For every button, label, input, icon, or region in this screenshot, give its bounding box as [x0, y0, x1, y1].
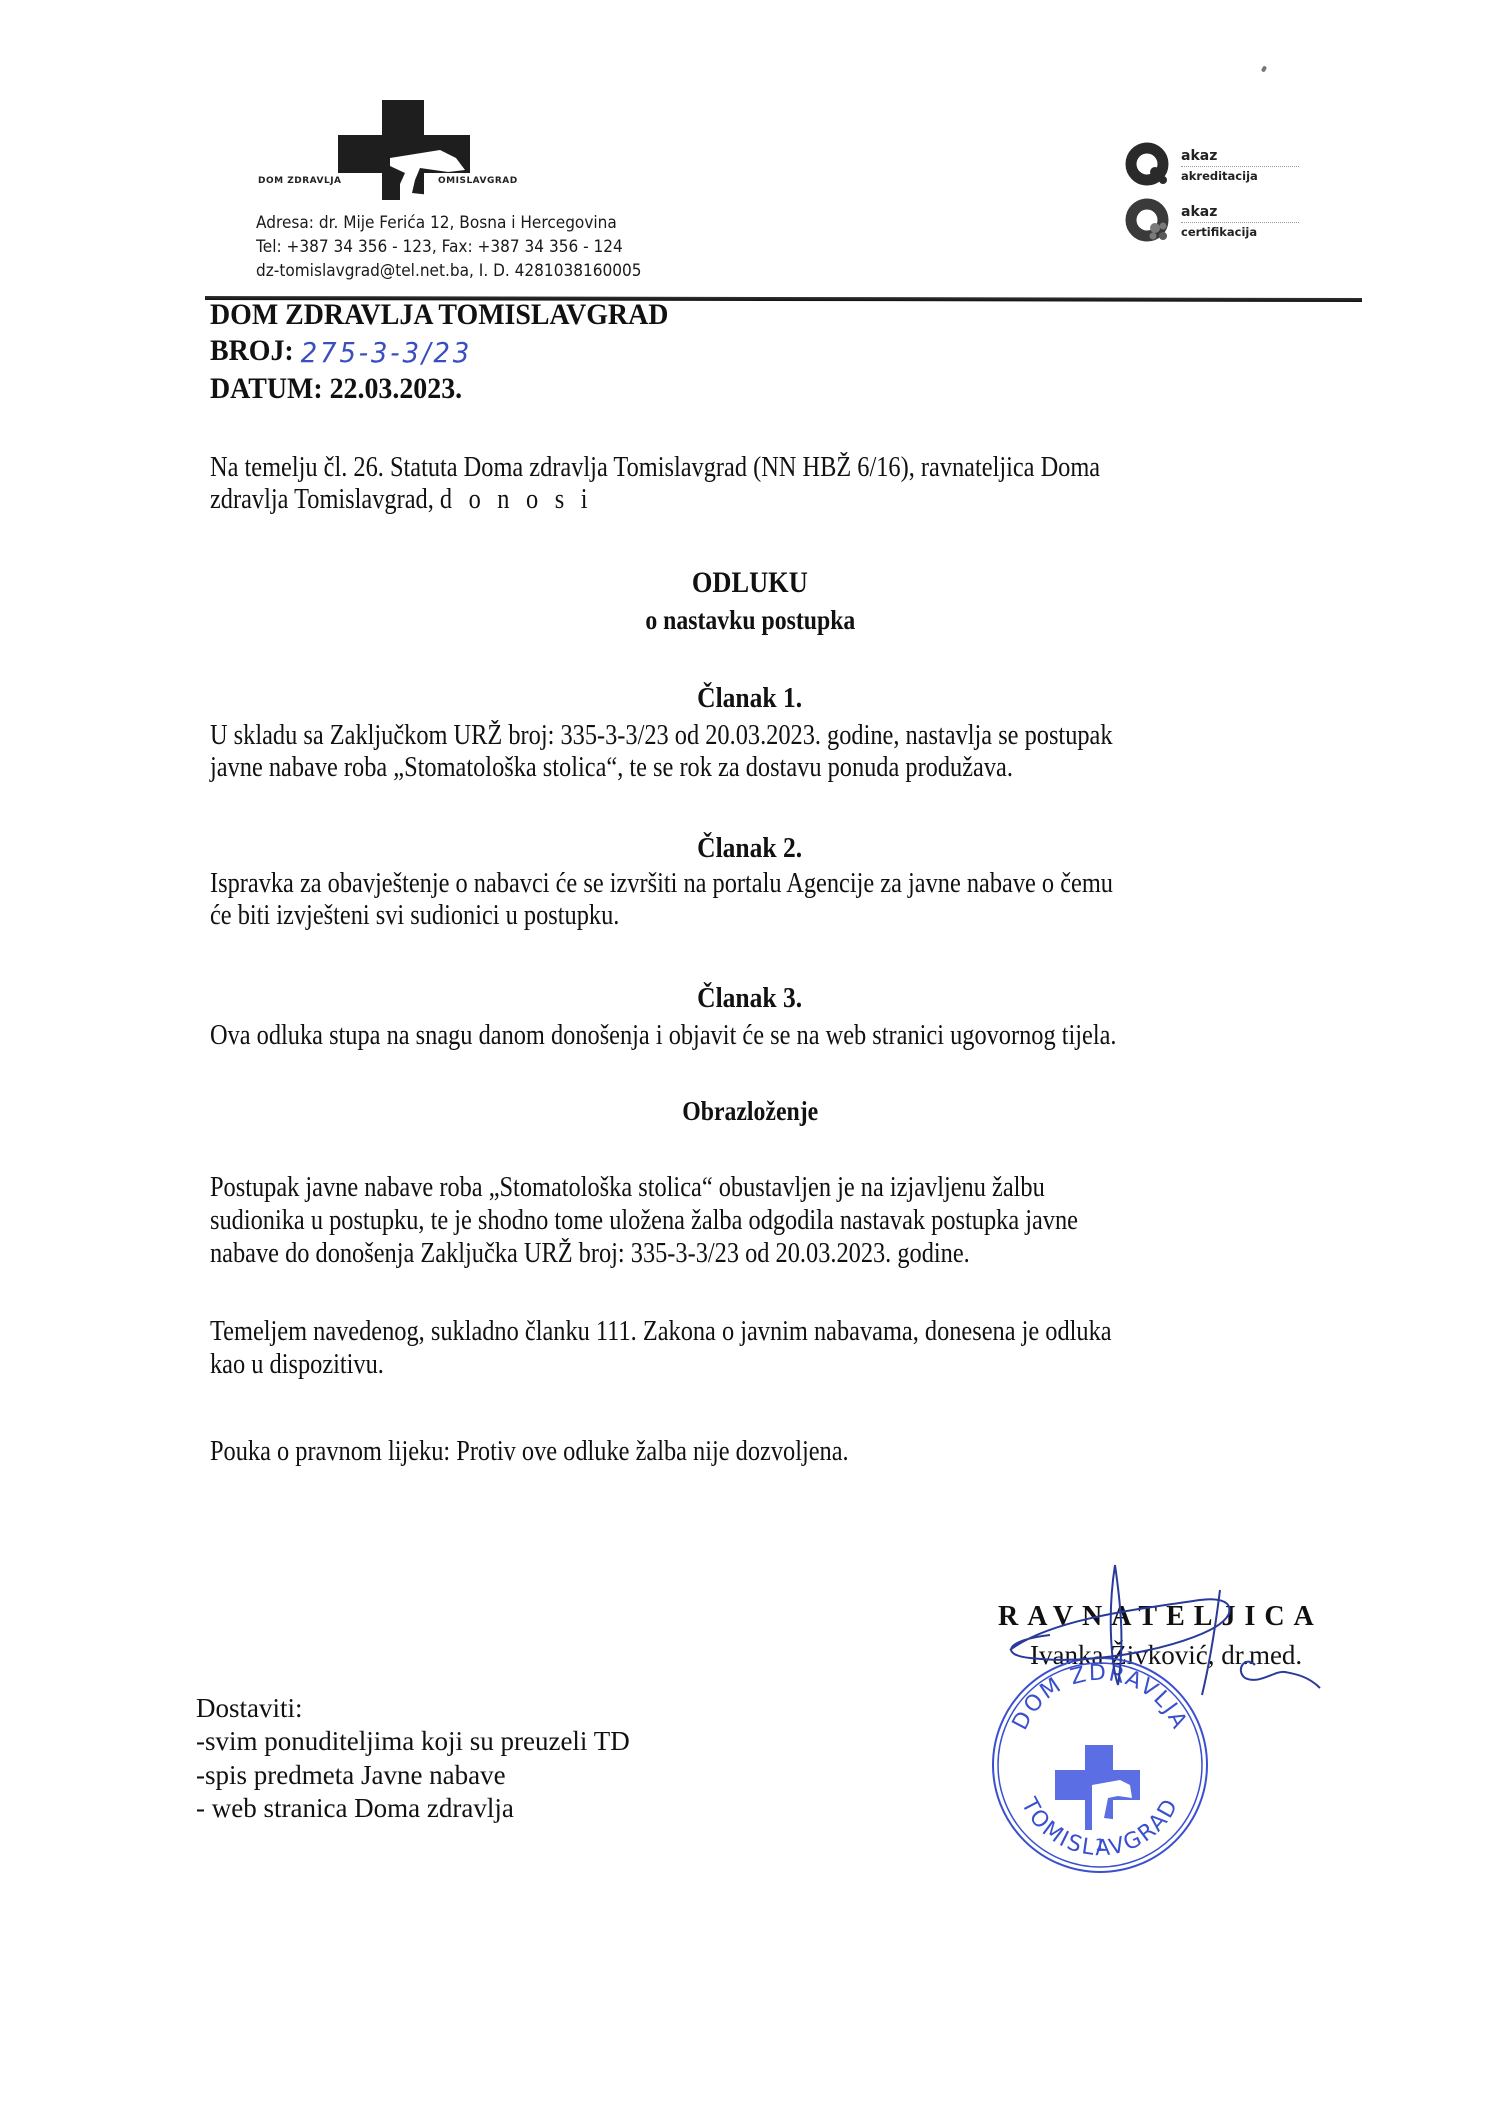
preamble-line-2: zdravlja Tomislavgrad, d o n o s i — [210, 484, 593, 515]
distribution-item: - web stranica Doma zdravlja — [196, 1793, 514, 1824]
institution-name: DOM ZDRAVLJA TOMISLAVGRAD — [210, 298, 668, 332]
article-1-line-1: U skladu sa Zaključkom URŽ broj: 335-3-3… — [210, 720, 1113, 751]
address-line: Adresa: dr. Mije Ferića 12, Bosna i Herc… — [256, 213, 617, 232]
reasoning-heading: Obrazloženje — [0, 1096, 1500, 1127]
distribution-item: -spis predmeta Javne nabave — [196, 1760, 506, 1791]
article-1-heading: Članak 1. — [0, 682, 1500, 715]
handwritten-signature-icon — [990, 1560, 1330, 1730]
akaz-separator — [1181, 166, 1299, 167]
decision-subtitle: o nastavku postupka — [0, 605, 1500, 636]
akaz-q-icon — [1125, 142, 1175, 192]
scan-speck — [1261, 65, 1267, 72]
svg-text:1: 1 — [1095, 1835, 1105, 1854]
preamble-line-1: Na temelju čl. 26. Statuta Doma zdravlja… — [210, 452, 1100, 483]
document-page: DOM ZDRAVLJA OMISLAVGRAD Adresa: dr. Mij… — [0, 0, 1500, 2120]
akaz-label: certifikacija — [1181, 225, 1257, 239]
distribution-label: Dostaviti: — [196, 1693, 303, 1724]
reasoning-p1-line-2: sudionika u postupku, te je shodno tome … — [210, 1205, 1078, 1236]
number-value-handwritten: 275-3-3/23 — [301, 336, 472, 369]
article-3-heading: Članak 3. — [0, 982, 1500, 1015]
email-id-line: dz-tomislavgrad@tel.net.ba, I. D. 428103… — [256, 261, 642, 280]
article-3-line-1: Ova odluka stupa na snagu danom donošenj… — [210, 1020, 1117, 1051]
akaz-brand: akaz — [1181, 148, 1217, 164]
article-2-line-1: Ispravka za obavještenje o nabavci će se… — [210, 868, 1113, 899]
legal-remedy-notice: Pouka o pravnom lijeku: Protiv ove odluk… — [210, 1436, 849, 1467]
reasoning-p1-line-3: nabave do donošenja Zaključka URŽ broj: … — [210, 1238, 970, 1269]
preamble-enacts: d o n o s i — [440, 484, 593, 515]
article-1-line-2: javne nabave roba „Stomatološka stolica“… — [210, 752, 1013, 783]
reasoning-p1-line-1: Postupak javne nabave roba „Stomatološka… — [210, 1172, 1045, 1203]
akaz-accreditation-badge: akaz akreditacija — [1125, 142, 1325, 198]
reasoning-p2-line-2: kao u dispozitivu. — [210, 1349, 384, 1380]
logo-name-left: DOM ZDRAVLJA — [258, 176, 342, 186]
akaz-brand: akaz — [1181, 204, 1217, 220]
akaz-separator — [1181, 222, 1299, 223]
article-2-line-2: će biti izvješteni svi sudionici u postu… — [210, 900, 619, 931]
document-date: DATUM: 22.03.2023. — [210, 372, 462, 406]
reasoning-p2-line-1: Temeljem navedenog, sukladno članku 111.… — [210, 1316, 1112, 1347]
article-2-heading: Članak 2. — [0, 832, 1500, 865]
logo-name-right: OMISLAVGRAD — [438, 176, 518, 186]
distribution-item: -svim ponuditeljima koji su preuzeli TD — [196, 1726, 630, 1757]
akaz-label: akreditacija — [1181, 169, 1258, 183]
phone-fax-line: Tel: +387 34 356 - 123, Fax: +387 34 356… — [256, 237, 623, 256]
date-label: DATUM: — [210, 372, 323, 405]
health-center-cross-logo-icon — [250, 98, 550, 208]
akaz-q-icon — [1125, 198, 1175, 248]
decision-title: ODLUKU — [0, 566, 1500, 600]
preamble-line-2-start: zdravlja Tomislavgrad, — [210, 484, 434, 515]
date-value: 22.03.2023. — [330, 372, 463, 405]
document-number: BROJ: 275-3-3/23 — [210, 334, 472, 368]
number-label: BROJ: — [210, 334, 294, 367]
akaz-certification-badge: akaz certifikacija — [1125, 198, 1325, 254]
